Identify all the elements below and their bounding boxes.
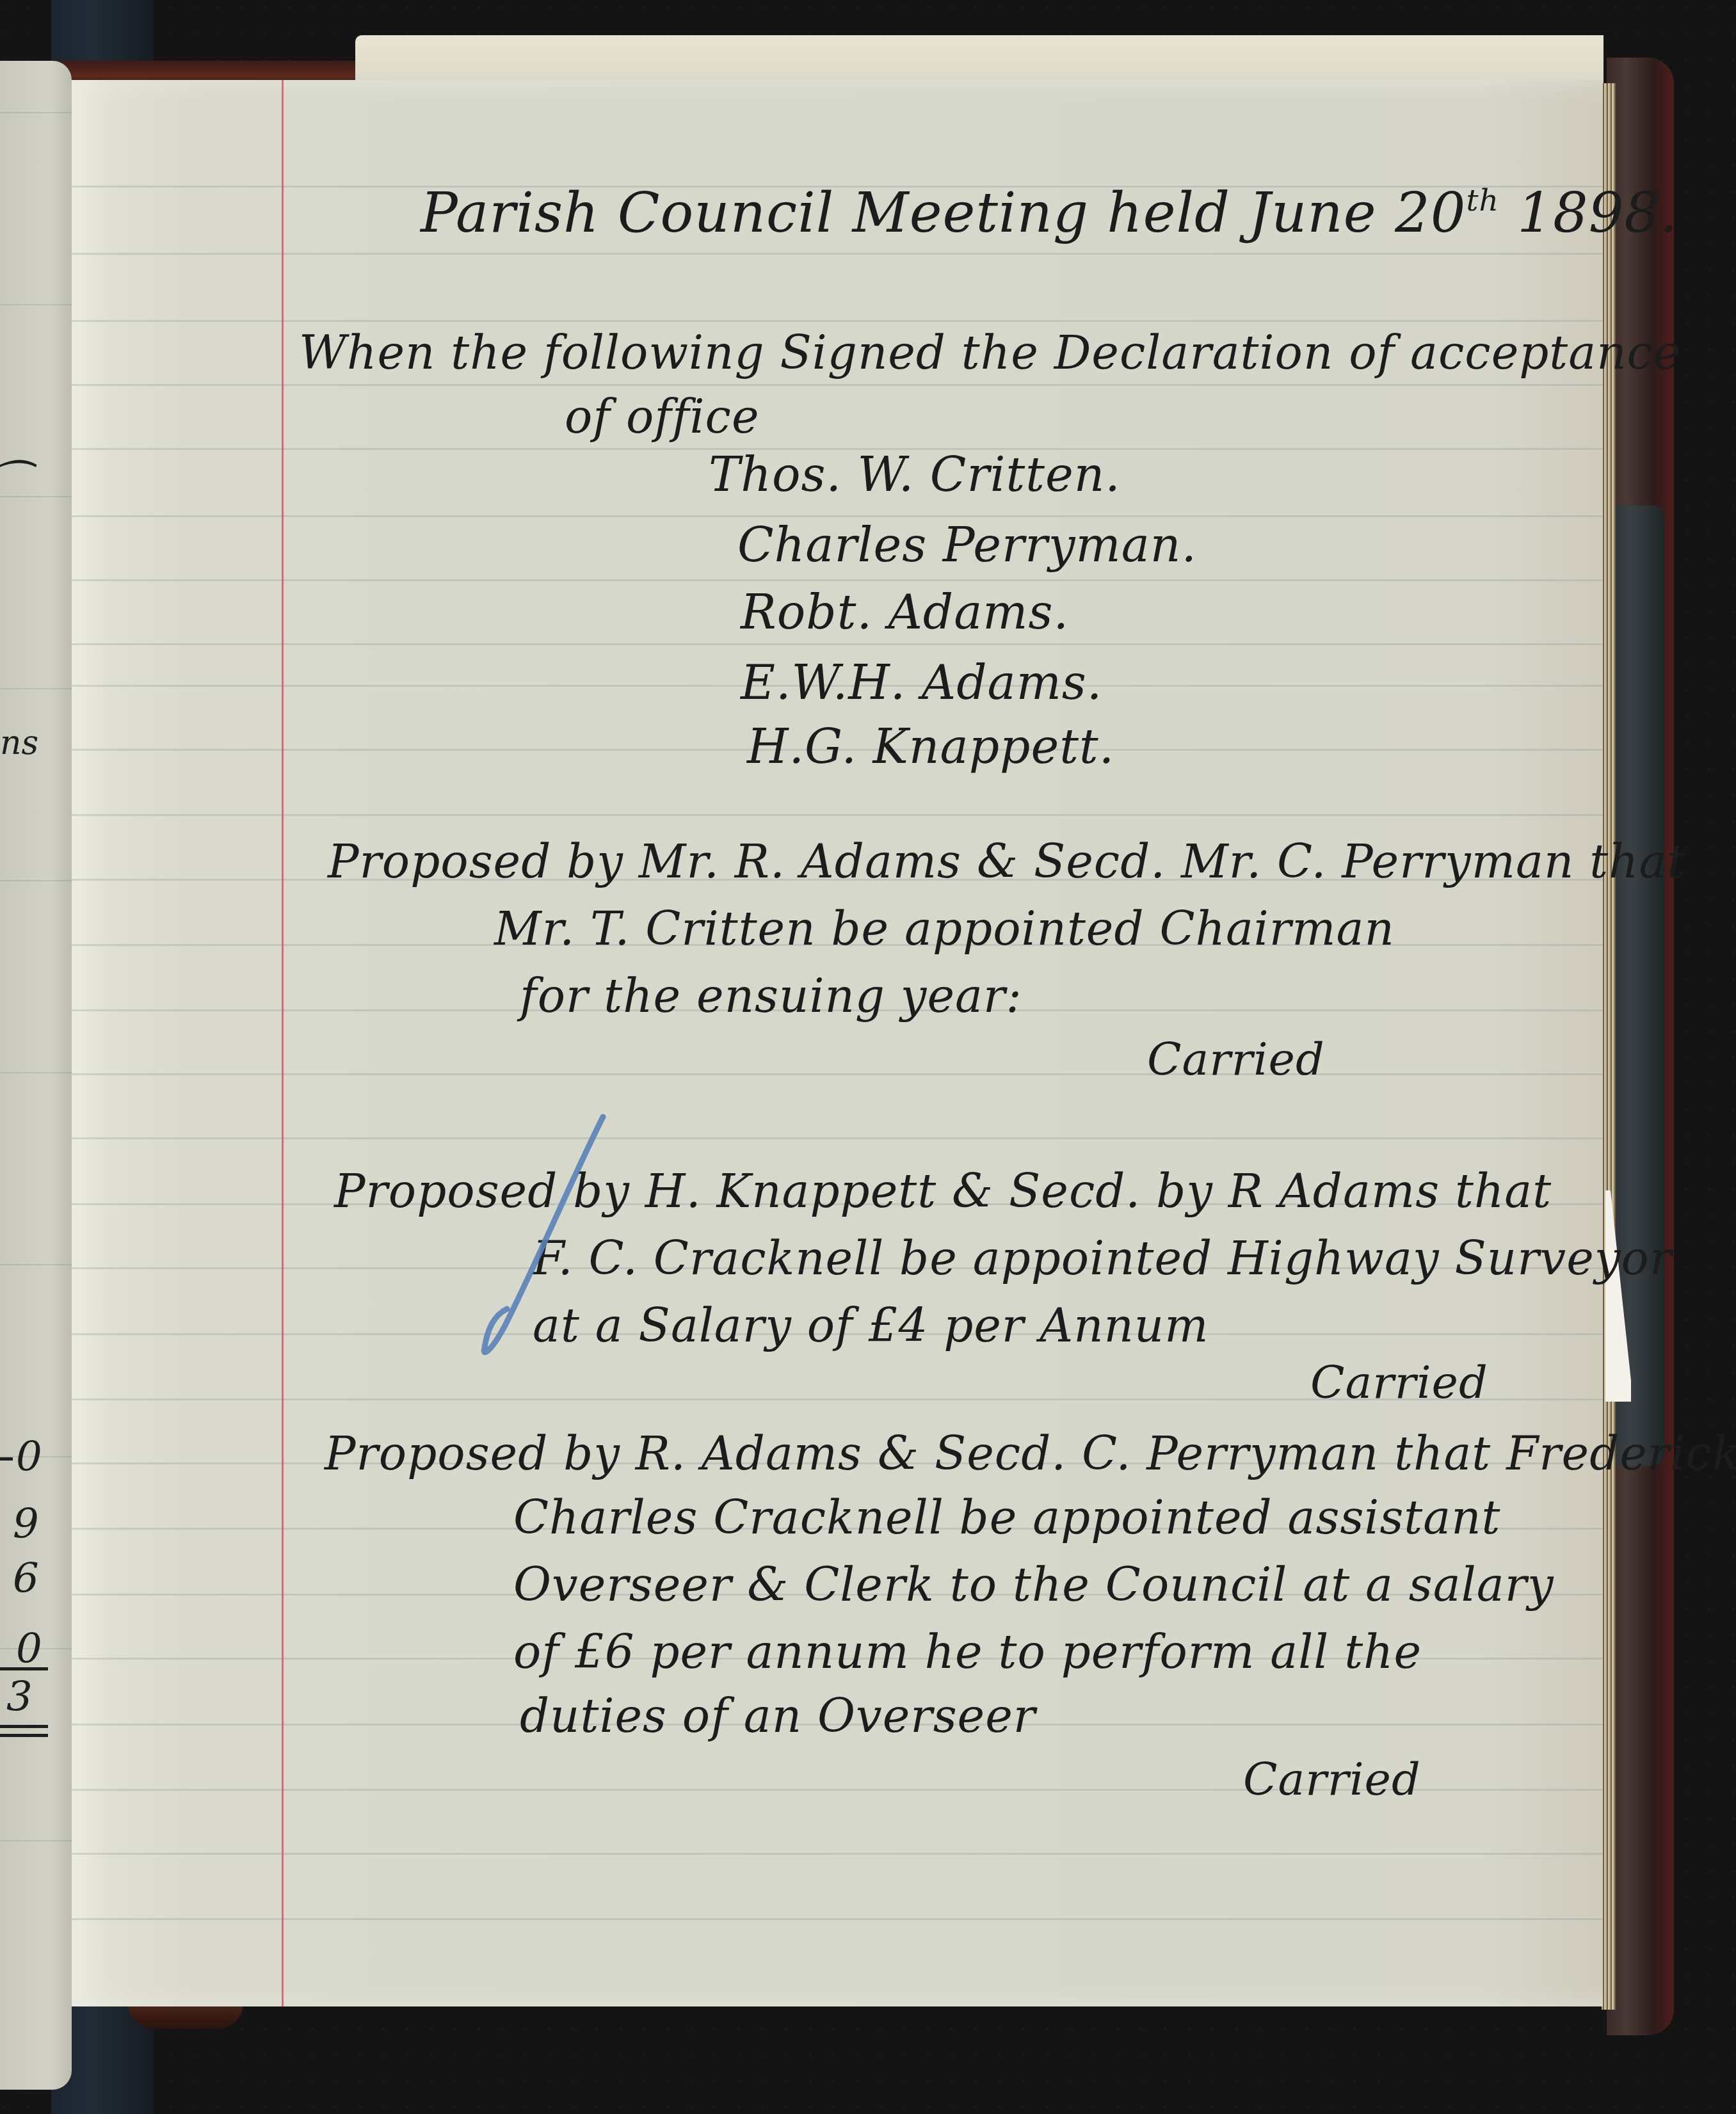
left-figure-1: 0 [16, 1437, 42, 1478]
declaration-line-1: When the following Signed the Declaratio… [299, 330, 1682, 376]
resolution-2-line-2: F. C. Cracknell be appointed Highway Sur… [533, 1235, 1672, 1281]
resolution-1-line-1: Proposed by Mr. R. Adams & Secd. Mr. C. … [328, 838, 1686, 885]
signatory-2: Charles Perryman. [737, 522, 1197, 569]
left-page-fragment: ns [0, 726, 38, 760]
resolution-3-line-3: Overseer & Clerk to the Council at a sal… [513, 1562, 1554, 1608]
cover-leather-bottom [128, 2003, 243, 2029]
page-title: Parish Council Meeting held June 20th 18… [421, 186, 1678, 241]
resolution-1-line-3: for the ensuing year: [520, 973, 1022, 1019]
declaration-line-2: of office [565, 394, 760, 440]
resolution-3-line-5: duties of an Overseer [520, 1693, 1036, 1739]
resolution-2-result: Carried [1310, 1360, 1488, 1405]
left-figure-2: 9 [13, 1504, 39, 1545]
left-figure-3: 6 [13, 1558, 39, 1599]
resolution-1-result: Carried [1147, 1037, 1325, 1082]
red-margin-rule [282, 80, 284, 2006]
signatory-4: E.W.H. Adams. [741, 659, 1102, 707]
left-figure-4: 0 [16, 1629, 42, 1670]
left-page: ⁀ ns 0 9 6 0 3 [0, 61, 72, 2090]
next-leaf-edge [355, 35, 1603, 86]
signatory-5: H.G. Knappett. [747, 723, 1114, 771]
signatory-3: Robt. Adams. [741, 589, 1069, 636]
resolution-3-line-1: Proposed by R. Adams & Secd. C. Perryman… [325, 1430, 1736, 1477]
resolution-3-line-2: Charles Cracknell be appointed assistant [513, 1494, 1501, 1541]
resolution-3-result: Carried [1243, 1757, 1421, 1802]
left-page-curve: ⁀ [0, 464, 26, 505]
resolution-1-line-2: Mr. T. Critten be appointed Chairman [494, 906, 1395, 952]
left-figure-total: 3 [6, 1677, 33, 1718]
minute-page: Parish Council Meeting held June 20th 18… [72, 80, 1603, 2006]
resolution-2-line-3: at a Salary of £4 per Annum [533, 1302, 1209, 1349]
signatory-1: Thos. W. Critten. [709, 451, 1121, 499]
resolution-3-line-4: of £6 per annum he to perform all the [513, 1629, 1422, 1675]
blue-pencil-tick-icon [456, 1104, 622, 1398]
